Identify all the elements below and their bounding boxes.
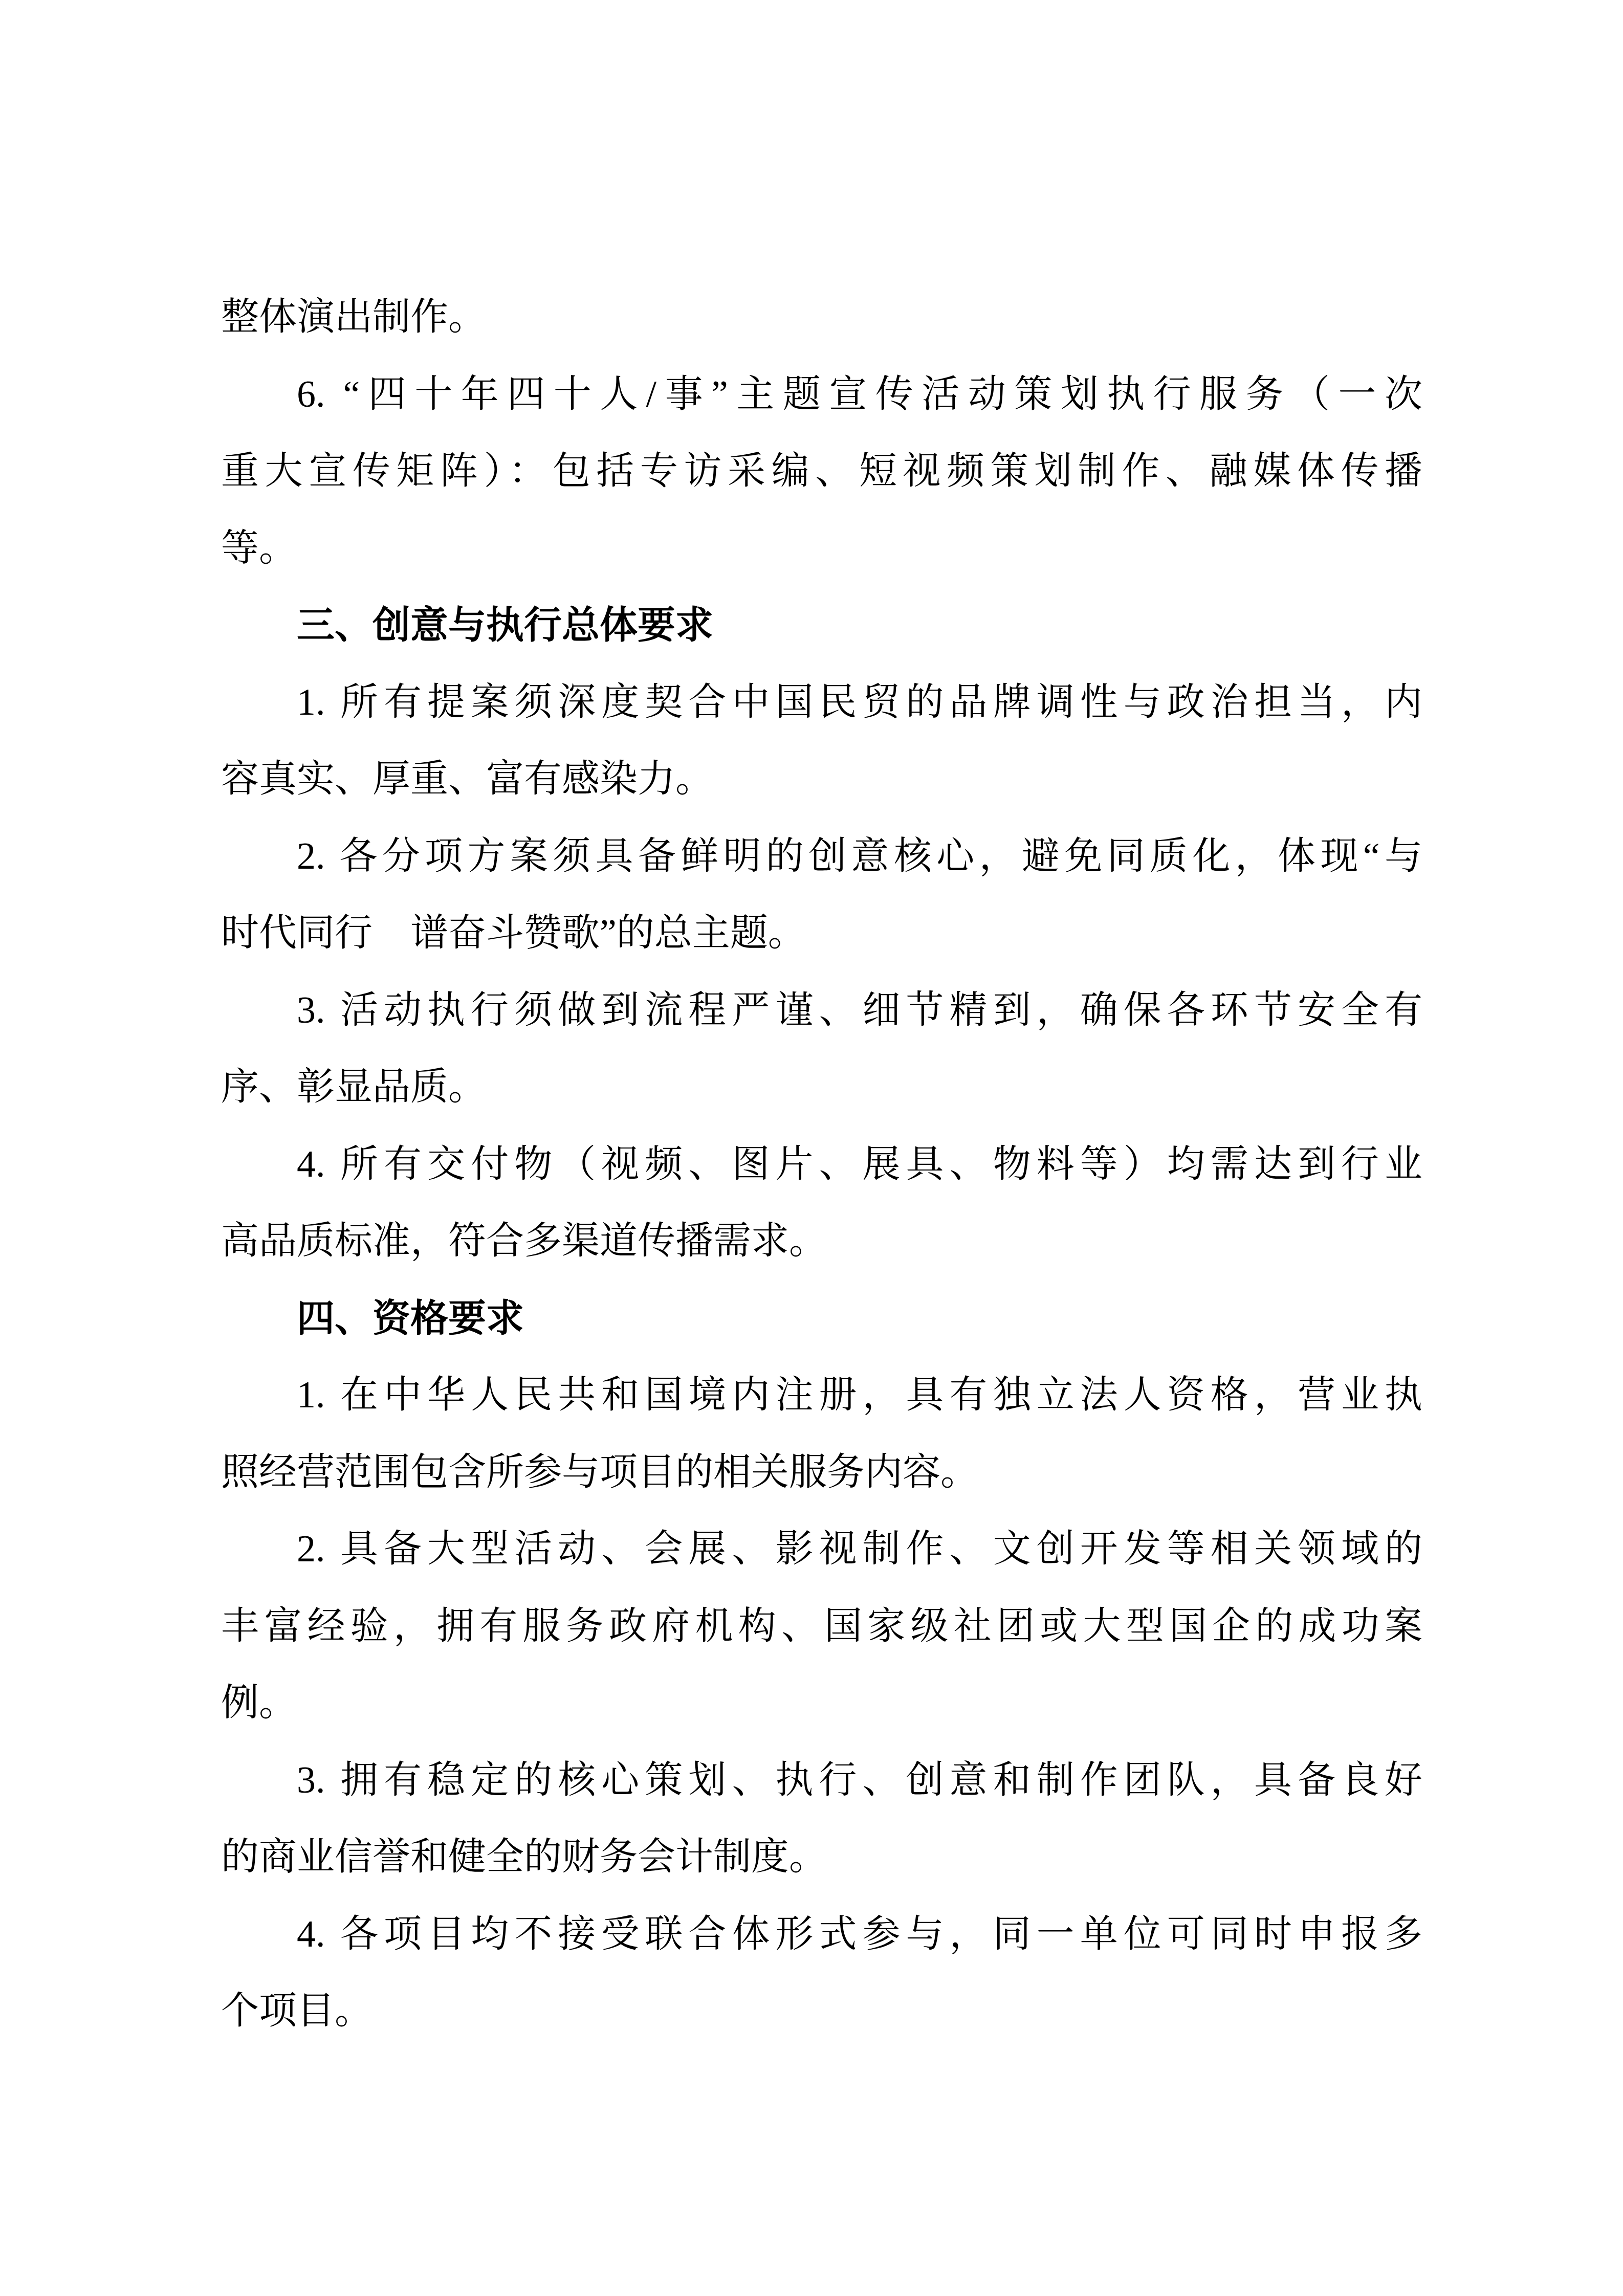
paragraph: 4. 各项目均不接受联合体形式参与，同一单位可同时申报多个项目。 [221, 1896, 1422, 2050]
paragraph: 3. 活动执行须做到流程严谨、细节精到，确保各环节安全有序、彰显品质。 [221, 972, 1422, 1126]
text-line: 整体演出制作。 [221, 279, 1422, 356]
text-line: 照经营范围包含所参与项目的相关服务内容。 [221, 1434, 1422, 1511]
section-heading: 三、创意与执行总体要求 [221, 587, 1422, 664]
text-line: 的商业信誉和健全的财务会计制度。 [221, 1819, 1422, 1896]
text-line: 高品质标准，符合多渠道传播需求。 [221, 1203, 1422, 1280]
text-line: 4. 各项目均不接受联合体形式参与，同一单位可同时申报多 [221, 1896, 1422, 1973]
paragraph: 6. “四十年四十人/事”主题宣传活动策划执行服务（一次重大宣传矩阵）：包括专访… [221, 356, 1422, 587]
text-line: 4. 所有交付物（视频、图片、展具、物料等）均需达到行业 [221, 1126, 1422, 1203]
text-line: 1. 所有提案须深度契合中国民贸的品牌调性与政治担当，内 [221, 664, 1422, 741]
text-line: 等。 [221, 510, 1422, 587]
text-line: 2. 具备大型活动、会展、影视制作、文创开发等相关领域的 [221, 1511, 1422, 1588]
paragraph: 整体演出制作。 [221, 279, 1422, 356]
document-body: 整体演出制作。6. “四十年四十人/事”主题宣传活动策划执行服务（一次重大宣传矩… [221, 279, 1422, 2050]
text-line: 丰富经验，拥有服务政府机构、国家级社团或大型国企的成功案 [221, 1588, 1422, 1665]
text-line: 3. 活动执行须做到流程严谨、细节精到，确保各环节安全有 [221, 972, 1422, 1049]
paragraph: 4. 所有交付物（视频、图片、展具、物料等）均需达到行业高品质标准，符合多渠道传… [221, 1126, 1422, 1280]
paragraph: 3. 拥有稳定的核心策划、执行、创意和制作团队，具备良好的商业信誉和健全的财务会… [221, 1742, 1422, 1896]
text-line: 6. “四十年四十人/事”主题宣传活动策划执行服务（一次 [221, 356, 1422, 433]
paragraph: 1. 所有提案须深度契合中国民贸的品牌调性与政治担当，内容真实、厚重、富有感染力… [221, 664, 1422, 818]
text-line: 四、资格要求 [221, 1280, 1422, 1357]
text-line: 个项目。 [221, 1973, 1422, 2050]
paragraph: 2. 各分项方案须具备鲜明的创意核心，避免同质化，体现“与时代同行 谱奋斗赞歌”… [221, 818, 1422, 972]
text-line: 例。 [221, 1665, 1422, 1742]
text-line: 序、彰显品质。 [221, 1049, 1422, 1126]
text-line: 容真实、厚重、富有感染力。 [221, 741, 1422, 818]
section-heading: 四、资格要求 [221, 1280, 1422, 1357]
text-line: 2. 各分项方案须具备鲜明的创意核心，避免同质化，体现“与 [221, 818, 1422, 895]
text-line: 1. 在中华人民共和国境内注册，具有独立法人资格，营业执 [221, 1357, 1422, 1434]
text-line: 时代同行 谱奋斗赞歌”的总主题。 [221, 895, 1422, 972]
document-page: 整体演出制作。6. “四十年四十人/事”主题宣传活动策划执行服务（一次重大宣传矩… [0, 0, 1623, 2296]
text-line: 3. 拥有稳定的核心策划、执行、创意和制作团队，具备良好 [221, 1742, 1422, 1819]
text-line: 三、创意与执行总体要求 [221, 587, 1422, 664]
paragraph: 1. 在中华人民共和国境内注册，具有独立法人资格，营业执照经营范围包含所参与项目… [221, 1357, 1422, 1511]
text-line: 重大宣传矩阵）：包括专访采编、短视频策划制作、融媒体传播 [221, 433, 1422, 510]
paragraph: 2. 具备大型活动、会展、影视制作、文创开发等相关领域的丰富经验，拥有服务政府机… [221, 1511, 1422, 1742]
